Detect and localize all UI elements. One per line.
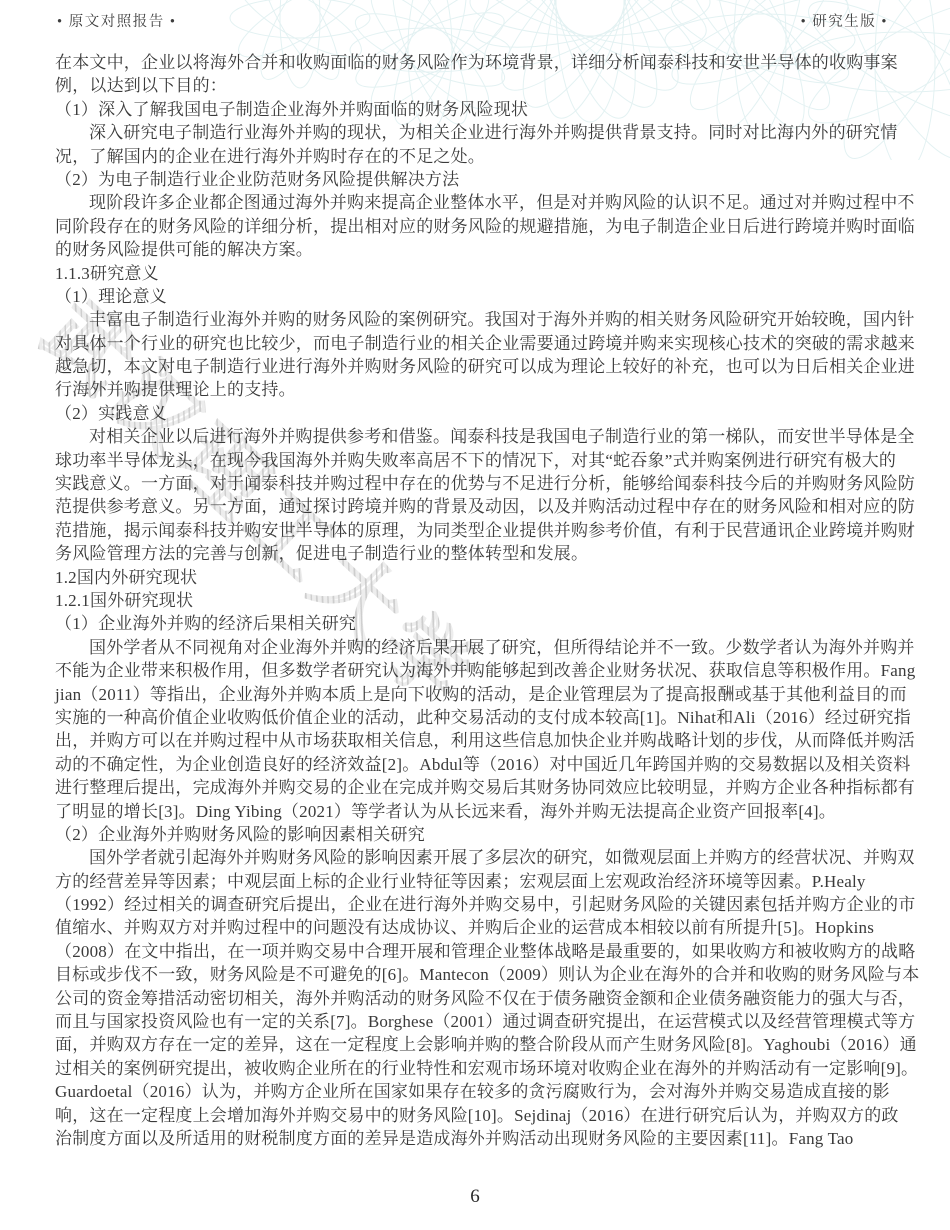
body-line: 在本文中，企业以将海外合并和收购面临的财务风险作为环境背景，详细分析闻泰科技和安…: [55, 51, 899, 74]
body-line: 方的经营差异等因素；中观层面上标的企业行业特征等因素；宏观层面上宏观政治经济环境…: [55, 870, 899, 893]
body-line: 过相关的案例研究提出，被收购企业所在的行业特性和宏观市场环境对收购企业在海外的并…: [55, 1057, 899, 1080]
body-line: Guardoetal（2016）认为，并购方企业所在国家如果存在较多的贪污腐败行…: [55, 1080, 899, 1103]
body-line: 出，并购方可以在并购过程中从市场获取相关信息，利用这些信息加快企业并购战略计划的…: [55, 729, 899, 752]
body-line: 行海外并购提供理论上的支持。: [55, 378, 899, 401]
body-line: 进行整理后提出，完成海外并购交易的企业在完成并购交易后其财务协同效应比较明显，并…: [55, 776, 899, 799]
body-line: 范措施，揭示闻泰科技并购安世半导体的原理，为同类型企业提供并购参考价值，有利于民…: [55, 519, 899, 542]
body-line: 1.2国内外研究现状: [55, 566, 899, 589]
body-line: 公司的资金筹措活动密切相关，海外并购活动的财务风险不仅在于债务融资金额和企业债务…: [55, 987, 899, 1010]
body-line: 实施的一种高价值企业收购低价值企业的活动，此种交易活动的支付成本较高[1]。Ni…: [55, 706, 899, 729]
body-line: 对相关企业以后进行海外并购提供参考和借鉴。闻泰科技是我国电子制造行业的第一梯队，…: [55, 425, 899, 448]
body-line: 1.2.1国外研究现状: [55, 589, 899, 612]
body-line: 对具体一个行业的研究也比较少，而电子制造行业的相关企业需要通过跨境并购来实现核心…: [55, 332, 899, 355]
body-line: 越急切，本文对电子制造行业进行海外并购财务风险的研究可以成为理论上较好的补充，也…: [55, 355, 899, 378]
body-line: 同阶段存在的财务风险的详细分析，提出相对应的财务风险的规避措施，为电子制造企业日…: [55, 215, 899, 238]
body-line: 动的不确定性，为企业创造良好的经济效益[2]。Abdul等（2016）对中国近几…: [55, 753, 899, 776]
body-line: 面，并购双方存在一定的差异，这在一定程度上会影响并购的整合阶段从而产生财务风险[…: [55, 1033, 899, 1056]
page-number: 6: [0, 1186, 950, 1208]
body-line: （2）实践意义: [55, 402, 899, 425]
body-line: 国外学者就引起海外并购财务风险的影响因素开展了多层次的研究，如微观层面上并购方的…: [55, 846, 899, 869]
body-line: 实践意义。一方面，对于闻泰科技并购过程中存在的优势与不足进行分析，能够给闻泰科技…: [55, 472, 899, 495]
body-line: 而且与国家投资风险也有一定的关系[7]。Borghese（2001）通过调查研究…: [55, 1010, 899, 1033]
report-page: • 原文对照报告 • • 研究生版 • 武汉理工大学 在本文中，企业以将海外合并…: [0, 0, 950, 1230]
body-line: 深入研究电子制造行业海外并购的现状，为相关企业进行海外并购提供背景支持。同时对比…: [55, 121, 899, 144]
body-line: 现阶段许多企业都企图通过海外并购来提高企业整体水平，但是对并购风险的认识不足。通…: [55, 191, 899, 214]
body-line: 球功率半导体龙头，在现今我国海外并购失败率高居不下的情况下，对其“蛇吞象”式并购…: [55, 449, 899, 472]
body-line: 丰富电子制造行业海外并购的财务风险的案例研究。我国对于海外并购的相关财务风险研究…: [55, 308, 899, 331]
body-line: 了明显的增长[3]。Ding Yibing（2021）等学者认为从长远来看，海外…: [55, 800, 899, 823]
body-line: 的财务风险提供可能的解决方案。: [55, 238, 899, 261]
body-line: （1992）经过相关的调查研究后提出，企业在进行海外并购交易中，引起财务风险的关…: [55, 893, 899, 916]
body-line: 1.1.3研究意义: [55, 262, 899, 285]
body-line: （2008）在文中指出，在一项并购交易中合理开展和管理企业整体战略是最重要的，如…: [55, 940, 899, 963]
body-line: 国外学者从不同视角对企业海外并购的经济后果开展了研究，但所得结论并不一致。少数学…: [55, 636, 899, 659]
body-line: 不能为企业带来积极作用，但多数学者研究认为海外并购能够起到改善企业财务状况、获取…: [55, 659, 899, 682]
header-right-label: • 研究生版 •: [801, 10, 888, 31]
body-line: 例，以达到以下目的：: [55, 74, 899, 97]
body-line: 况，了解国内的企业在进行海外并购时存在的不足之处。: [55, 145, 899, 168]
body-line: 治制度方面以及所适用的财税制度方面的差异是造成海外并购活动出现财务风险的主要因素…: [55, 1127, 899, 1150]
body-line: （1）深入了解我国电子制造企业海外并购面临的财务风险现状: [55, 98, 899, 121]
body-line: 值缩水、并购双方对并购过程中的问题没有达成协议、并购后企业的运营成本相较以前有所…: [55, 916, 899, 939]
body-line: （1）企业海外并购的经济后果相关研究: [55, 612, 899, 635]
body-line: 范提供参考意义。另一方面，通过探讨跨境并购的背景及动因，以及并购活动过程中存在的…: [55, 495, 899, 518]
body-line: （2）为电子制造行业企业防范财务风险提供解决方法: [55, 168, 899, 191]
body-line: jian（2011）等指出，企业海外并购本质上是向下收购的活动，是企业管理层为了…: [55, 683, 899, 706]
body-line: 目标或步伐不一致，财务风险是不可避免的[6]。Mantecon（2009）则认为…: [55, 963, 899, 986]
body-line: 务风险管理方法的完善与创新，促进电子制造行业的整体转型和发展。: [55, 542, 899, 565]
body-line: （2）企业海外并购财务风险的影响因素相关研究: [55, 823, 899, 846]
body-line: 响，这在一定程度上会增加海外并购交易中的财务风险[10]。Sejdinaj（20…: [55, 1104, 899, 1127]
body-text: 在本文中，企业以将海外合并和收购面临的财务风险作为环境背景，详细分析闻泰科技和安…: [55, 51, 899, 1150]
body-line: （1）理论意义: [55, 285, 899, 308]
header-left-label: • 原文对照报告 •: [57, 10, 176, 31]
